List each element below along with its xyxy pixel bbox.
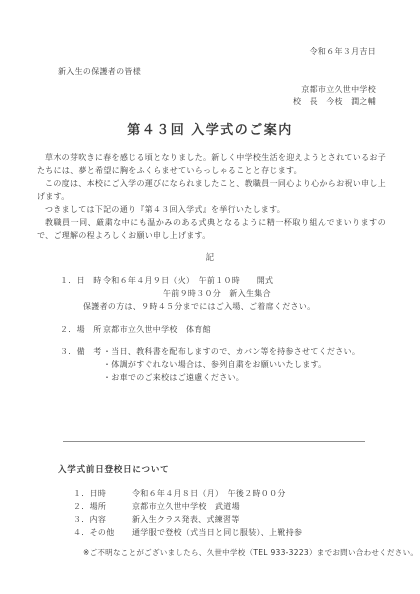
item-label: １．日 時 — [60, 274, 103, 287]
body-paragraphs: 草木の芽吹きに春を感じる頃となりました。新しく中学校生活を迎えようとされているお… — [37, 151, 386, 242]
bullet-item: ・体調がすぐれない場合は、参列自粛をお願いいたします。 — [103, 358, 390, 371]
item-value: 京都市立久世中学校 武道場 — [132, 500, 420, 513]
sender-principal: 校 長 今枝 潤之輔 — [0, 96, 376, 108]
remarks-bullets: ・当日、教科書を配布しますので、カバン等を持参させてください。 ・体調がすぐれな… — [103, 345, 390, 384]
item-label: １．日時 — [73, 487, 132, 500]
spacer — [60, 313, 390, 323]
item-label: ２．場 所 — [60, 323, 103, 336]
item-label: ３．備 考 — [60, 345, 103, 358]
item-note: 保護者の方は、９時４５分までにはご入場、ご着席ください。 — [83, 300, 390, 313]
item-value: 京都市立久世中学校 体育館 — [103, 323, 390, 336]
item-value: 令和６年４月８日（月） 午後２時００分 — [132, 487, 420, 500]
ceremony-details-list: １．日 時 令和６年４月９日（火） 午前１０時 開式 午前９時３０分 新入生集合… — [60, 274, 390, 384]
record-marker: 記 — [0, 251, 420, 263]
section-divider — [63, 441, 365, 442]
item-value: 新入生クラス発表、式練習等 — [132, 513, 420, 526]
list-item-other: ４．その他 通学服で登校（式当日と同じ服装）、上靴持参 — [73, 526, 420, 539]
contact-note: ※ご不明なことがございましたら、久世中学校（TEL 933-3223）までお問い… — [83, 547, 420, 558]
recipient-line: 新入生の保護者の皆様 — [58, 66, 420, 77]
item-label: ４．その他 — [73, 526, 132, 539]
sender-block: 京都市立久世中学校 校 長 今枝 潤之輔 — [0, 84, 420, 108]
list-item-place: ２．場所 京都市立久世中学校 武道場 — [73, 500, 420, 513]
document-title: 第４３回 入学式のご案内 — [0, 119, 420, 138]
item-label: ３．内容 — [73, 513, 132, 526]
item-value-line2: 午前９時３０分 新入生集合 — [163, 287, 390, 300]
document-page: 令和６年３月吉日 新入生の保護者の皆様 京都市立久世中学校 校 長 今枝 潤之輔… — [0, 0, 420, 594]
paragraph: この度は、本校にご入学の運びになられましたこと、教職員一同心より心からお祝い申し… — [37, 177, 386, 203]
issue-date: 令和６年３月吉日 — [0, 0, 420, 57]
list-item-remarks: ３．備 考 ・当日、教科書を配布しますので、カバン等を持参させてください。 ・体… — [60, 345, 390, 384]
paragraph: 教職員一同、厳粛な中にも温かみのある式典となるように精一杯取り組んでまいりますの… — [37, 216, 386, 242]
item-value: 通学服で登校（式当日と同じ服装）、上靴持参 — [132, 526, 420, 539]
bullet-item: ・当日、教科書を配布しますので、カバン等を持参させてください。 — [103, 345, 390, 358]
list-item-content: ３．内容 新入生クラス発表、式練習等 — [73, 513, 420, 526]
list-item-place: ２．場 所 京都市立久世中学校 体育館 — [60, 323, 390, 336]
sender-school: 京都市立久世中学校 — [0, 84, 376, 96]
preday-section-heading: 入学式前日登校日について — [58, 463, 420, 475]
list-item-datetime: １．日時 令和６年４月８日（月） 午後２時００分 — [73, 487, 420, 500]
item-value: 令和６年４月９日（火） 午前１０時 開式 — [103, 274, 390, 287]
list-item-datetime: １．日 時 令和６年４月９日（火） 午前１０時 開式 — [60, 274, 390, 287]
paragraph: 草木の芽吹きに春を感じる頃となりました。新しく中学校生活を迎えようとされているお… — [37, 151, 386, 177]
bullet-item: ・お車でのご来校はご遠慮ください。 — [103, 371, 390, 384]
spacer — [60, 336, 390, 345]
paragraph: つきましては下記の通り『第４３回入学式』を挙行いたします。 — [37, 203, 386, 216]
preday-details-list: １．日時 令和６年４月８日（月） 午後２時００分 ２．場所 京都市立久世中学校 … — [73, 487, 420, 539]
item-label: ２．場所 — [73, 500, 132, 513]
